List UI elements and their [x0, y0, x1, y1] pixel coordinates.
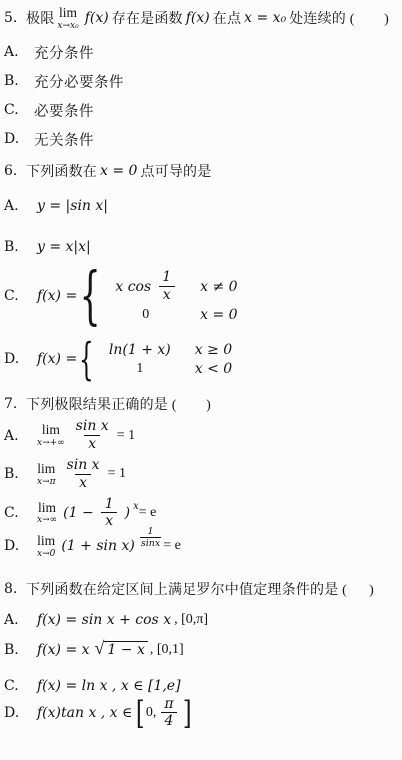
lim-subscript: x→0: [37, 550, 55, 559]
limit-notation: lim x→∞: [37, 501, 57, 526]
stem-text: 在点: [213, 8, 241, 28]
piecewise-function: { x cos 1 x x ≠ 0 0 x = 0: [80, 268, 240, 325]
fraction: 1 x: [101, 496, 118, 531]
fraction-denominator: x: [84, 435, 100, 453]
left-brace: {: [80, 266, 101, 326]
fraction: 1 x: [158, 269, 175, 304]
stem-text: 处连续的 ( ): [289, 8, 389, 28]
option-text: 必要条件: [34, 100, 94, 121]
case-expression: ln(1 + x): [106, 342, 174, 358]
fraction-numerator: 1: [148, 526, 154, 537]
lim-word: lim: [42, 423, 60, 437]
math-rhs: = 1: [117, 428, 135, 444]
option-text: 充分条件: [34, 42, 94, 63]
lim-subscript: x→π: [37, 478, 56, 487]
fraction-numerator: sin x: [72, 418, 113, 435]
math-eq: x = 0: [97, 163, 140, 179]
option-label: B.: [4, 642, 34, 658]
question-number: 8.: [4, 581, 26, 597]
option-label: D.: [4, 705, 34, 721]
option-label: D.: [4, 538, 34, 554]
option-text: 充分必要条件: [34, 71, 124, 92]
math-formula: y = |sin x|: [34, 198, 111, 214]
option-row-8a: A. f(x) = sin x + cos x , [0,π]: [4, 612, 400, 628]
lim-word: lim: [37, 534, 55, 548]
question-7-stem: 7. 下列极限结果正确的是 ( ): [4, 394, 400, 414]
option-text: 无关条件: [34, 129, 94, 150]
piecewise-rows: x cos 1 x x ≠ 0 0 x = 0: [112, 269, 240, 323]
question-number: 7.: [4, 396, 26, 412]
question-number: 6.: [4, 163, 26, 179]
math-formula: f(x) = x: [34, 642, 93, 658]
stem-text: 极限: [26, 8, 54, 28]
stem-text: 下列极限结果正确的是 ( ): [26, 394, 211, 414]
option-row-8c: C. f(x) = ln x , x ∈ [1,e]: [4, 678, 400, 694]
question-8-stem: 8. 下列函数在给定区间上满足罗尔中值定理条件的是 ( ): [4, 579, 400, 599]
fraction: π 4: [160, 696, 177, 731]
math-term: x cos: [112, 279, 154, 295]
lim-subscript: x→∞: [37, 516, 57, 525]
math-term: (1 + sin x): [58, 538, 138, 554]
option-label: A.: [4, 198, 34, 214]
exam-page: 5. 极限 lim x→x₀ f(x) 存在是函数 f(x) 在点 x = x₀…: [0, 0, 402, 760]
exponent: x: [133, 501, 139, 512]
right-bracket: ]: [182, 698, 191, 728]
interval: , [0,1]: [150, 642, 184, 658]
option-label: A.: [4, 612, 34, 628]
radical-sign: √: [95, 639, 105, 657]
math-formula: f(x) = ln x , x ∈ [1,e]: [34, 678, 184, 694]
left-bracket: [: [136, 698, 145, 728]
left-brace: {: [79, 339, 94, 381]
stem-text: 点可导的是: [140, 161, 211, 181]
fraction: sin x x: [63, 457, 104, 492]
math-term: (1 −: [60, 505, 97, 521]
fraction-denominator: x: [159, 286, 175, 304]
option-row-7a: A. lim x→+∞ sin x x = 1: [4, 418, 400, 453]
option-label: D.: [4, 351, 34, 367]
fraction-denominator: sinx: [140, 537, 161, 549]
fraction: sin x x: [72, 418, 113, 453]
case-expression: 0: [142, 307, 149, 323]
square-root: √ 1 − x: [95, 641, 148, 659]
limit-notation: lim x→x₀: [57, 6, 78, 31]
option-label: C.: [4, 102, 34, 118]
lim-subscript: x→x₀: [57, 22, 78, 31]
fraction-denominator: x: [75, 474, 91, 492]
piecewise-function: { ln(1 + x) x ≥ 0 1 x < 0: [80, 340, 235, 380]
math-rhs: = 1: [108, 466, 126, 482]
radicand: 1 − x: [104, 641, 147, 659]
fraction-numerator: sin x: [63, 457, 104, 474]
fraction-numerator: 1: [158, 269, 175, 286]
lim-word: lim: [38, 501, 56, 515]
option-label: C.: [4, 505, 34, 521]
case-condition: x < 0: [192, 361, 235, 377]
math-rhs: = e: [139, 505, 157, 521]
option-label: A.: [4, 428, 34, 444]
case-condition: x = 0: [197, 307, 240, 323]
limit-notation: lim x→+∞: [37, 423, 65, 448]
question-6-stem: 6. 下列函数在 x = 0 点可导的是: [4, 161, 400, 181]
math-eq: x = x₀: [241, 10, 289, 26]
case-expression: x cos 1 x: [112, 269, 179, 304]
option-label: B.: [4, 73, 34, 89]
stem-text: 存在是函数: [112, 8, 183, 28]
option-label: A.: [4, 44, 34, 60]
option-label: D.: [4, 131, 34, 147]
case-condition: x ≥ 0: [192, 342, 235, 358]
case-expression: 1: [136, 361, 143, 377]
math-formula: f(x) = sin x + cos x: [34, 612, 174, 628]
option-row-5b: B. 充分必要条件: [4, 71, 400, 92]
case-condition: x ≠ 0: [197, 279, 240, 295]
option-label: B.: [4, 239, 34, 255]
lim-subscript: x→+∞: [37, 439, 65, 448]
option-row-6d: D. f(x) = { ln(1 + x) x ≥ 0 1 x < 0: [4, 340, 400, 380]
math-fx: f(x): [82, 10, 112, 26]
option-row-7c: C. lim x→∞ (1 − 1 x ) x = e: [4, 496, 400, 531]
option-label: C.: [4, 678, 34, 694]
math-formula: y = x|x|: [34, 239, 94, 255]
lim-word: lim: [37, 462, 55, 476]
fraction-numerator: 1: [101, 496, 118, 513]
math-lhs: f(x) =: [34, 351, 80, 367]
question-5-stem: 5. 极限 lim x→x₀ f(x) 存在是函数 f(x) 在点 x = x₀…: [4, 6, 400, 31]
option-row-8d: D. f(x)tan x , x ∈ [ 0, π 4 ]: [4, 696, 400, 731]
option-row-6b: B. y = x|x|: [4, 239, 400, 255]
fraction-denominator: x: [101, 512, 117, 530]
option-row-7d: D. lim x→0 (1 + sin x) 1 sinx = e: [4, 534, 400, 559]
math-term: ): [122, 505, 133, 521]
lim-word: lim: [59, 6, 77, 20]
math-formula: f(x)tan x , x ∈: [34, 705, 135, 721]
exponent-fraction: 1 sinx: [140, 526, 161, 550]
piecewise-rows: ln(1 + x) x ≥ 0 1 x < 0: [106, 342, 235, 377]
option-row-5d: D. 无关条件: [4, 129, 400, 150]
option-label: B.: [4, 466, 34, 482]
option-row-6a: A. y = |sin x|: [4, 198, 400, 214]
interval-start: 0,: [146, 705, 157, 721]
fraction-numerator: π: [160, 696, 177, 713]
math-rhs: = e: [163, 538, 181, 554]
option-label: C.: [4, 288, 34, 304]
math-fx: f(x): [183, 10, 213, 26]
option-row-6c: C. f(x) = { x cos 1 x x ≠ 0 0 x = 0: [4, 268, 400, 325]
limit-notation: lim x→0: [37, 534, 55, 559]
question-number: 5.: [4, 10, 26, 26]
option-row-5c: C. 必要条件: [4, 100, 400, 121]
option-row-7b: B. lim x→π sin x x = 1: [4, 457, 400, 492]
option-row-5a: A. 充分条件: [4, 42, 400, 63]
limit-notation: lim x→π: [37, 462, 56, 487]
option-row-8b: B. f(x) = x √ 1 − x , [0,1]: [4, 641, 400, 659]
fraction-denominator: 4: [161, 712, 178, 730]
interval: , [0,π]: [174, 612, 208, 628]
math-lhs: f(x) =: [34, 288, 80, 304]
stem-text: 下列函数在: [26, 161, 97, 181]
stem-text: 下列函数在给定区间上满足罗尔中值定理条件的是 ( ): [26, 579, 374, 599]
